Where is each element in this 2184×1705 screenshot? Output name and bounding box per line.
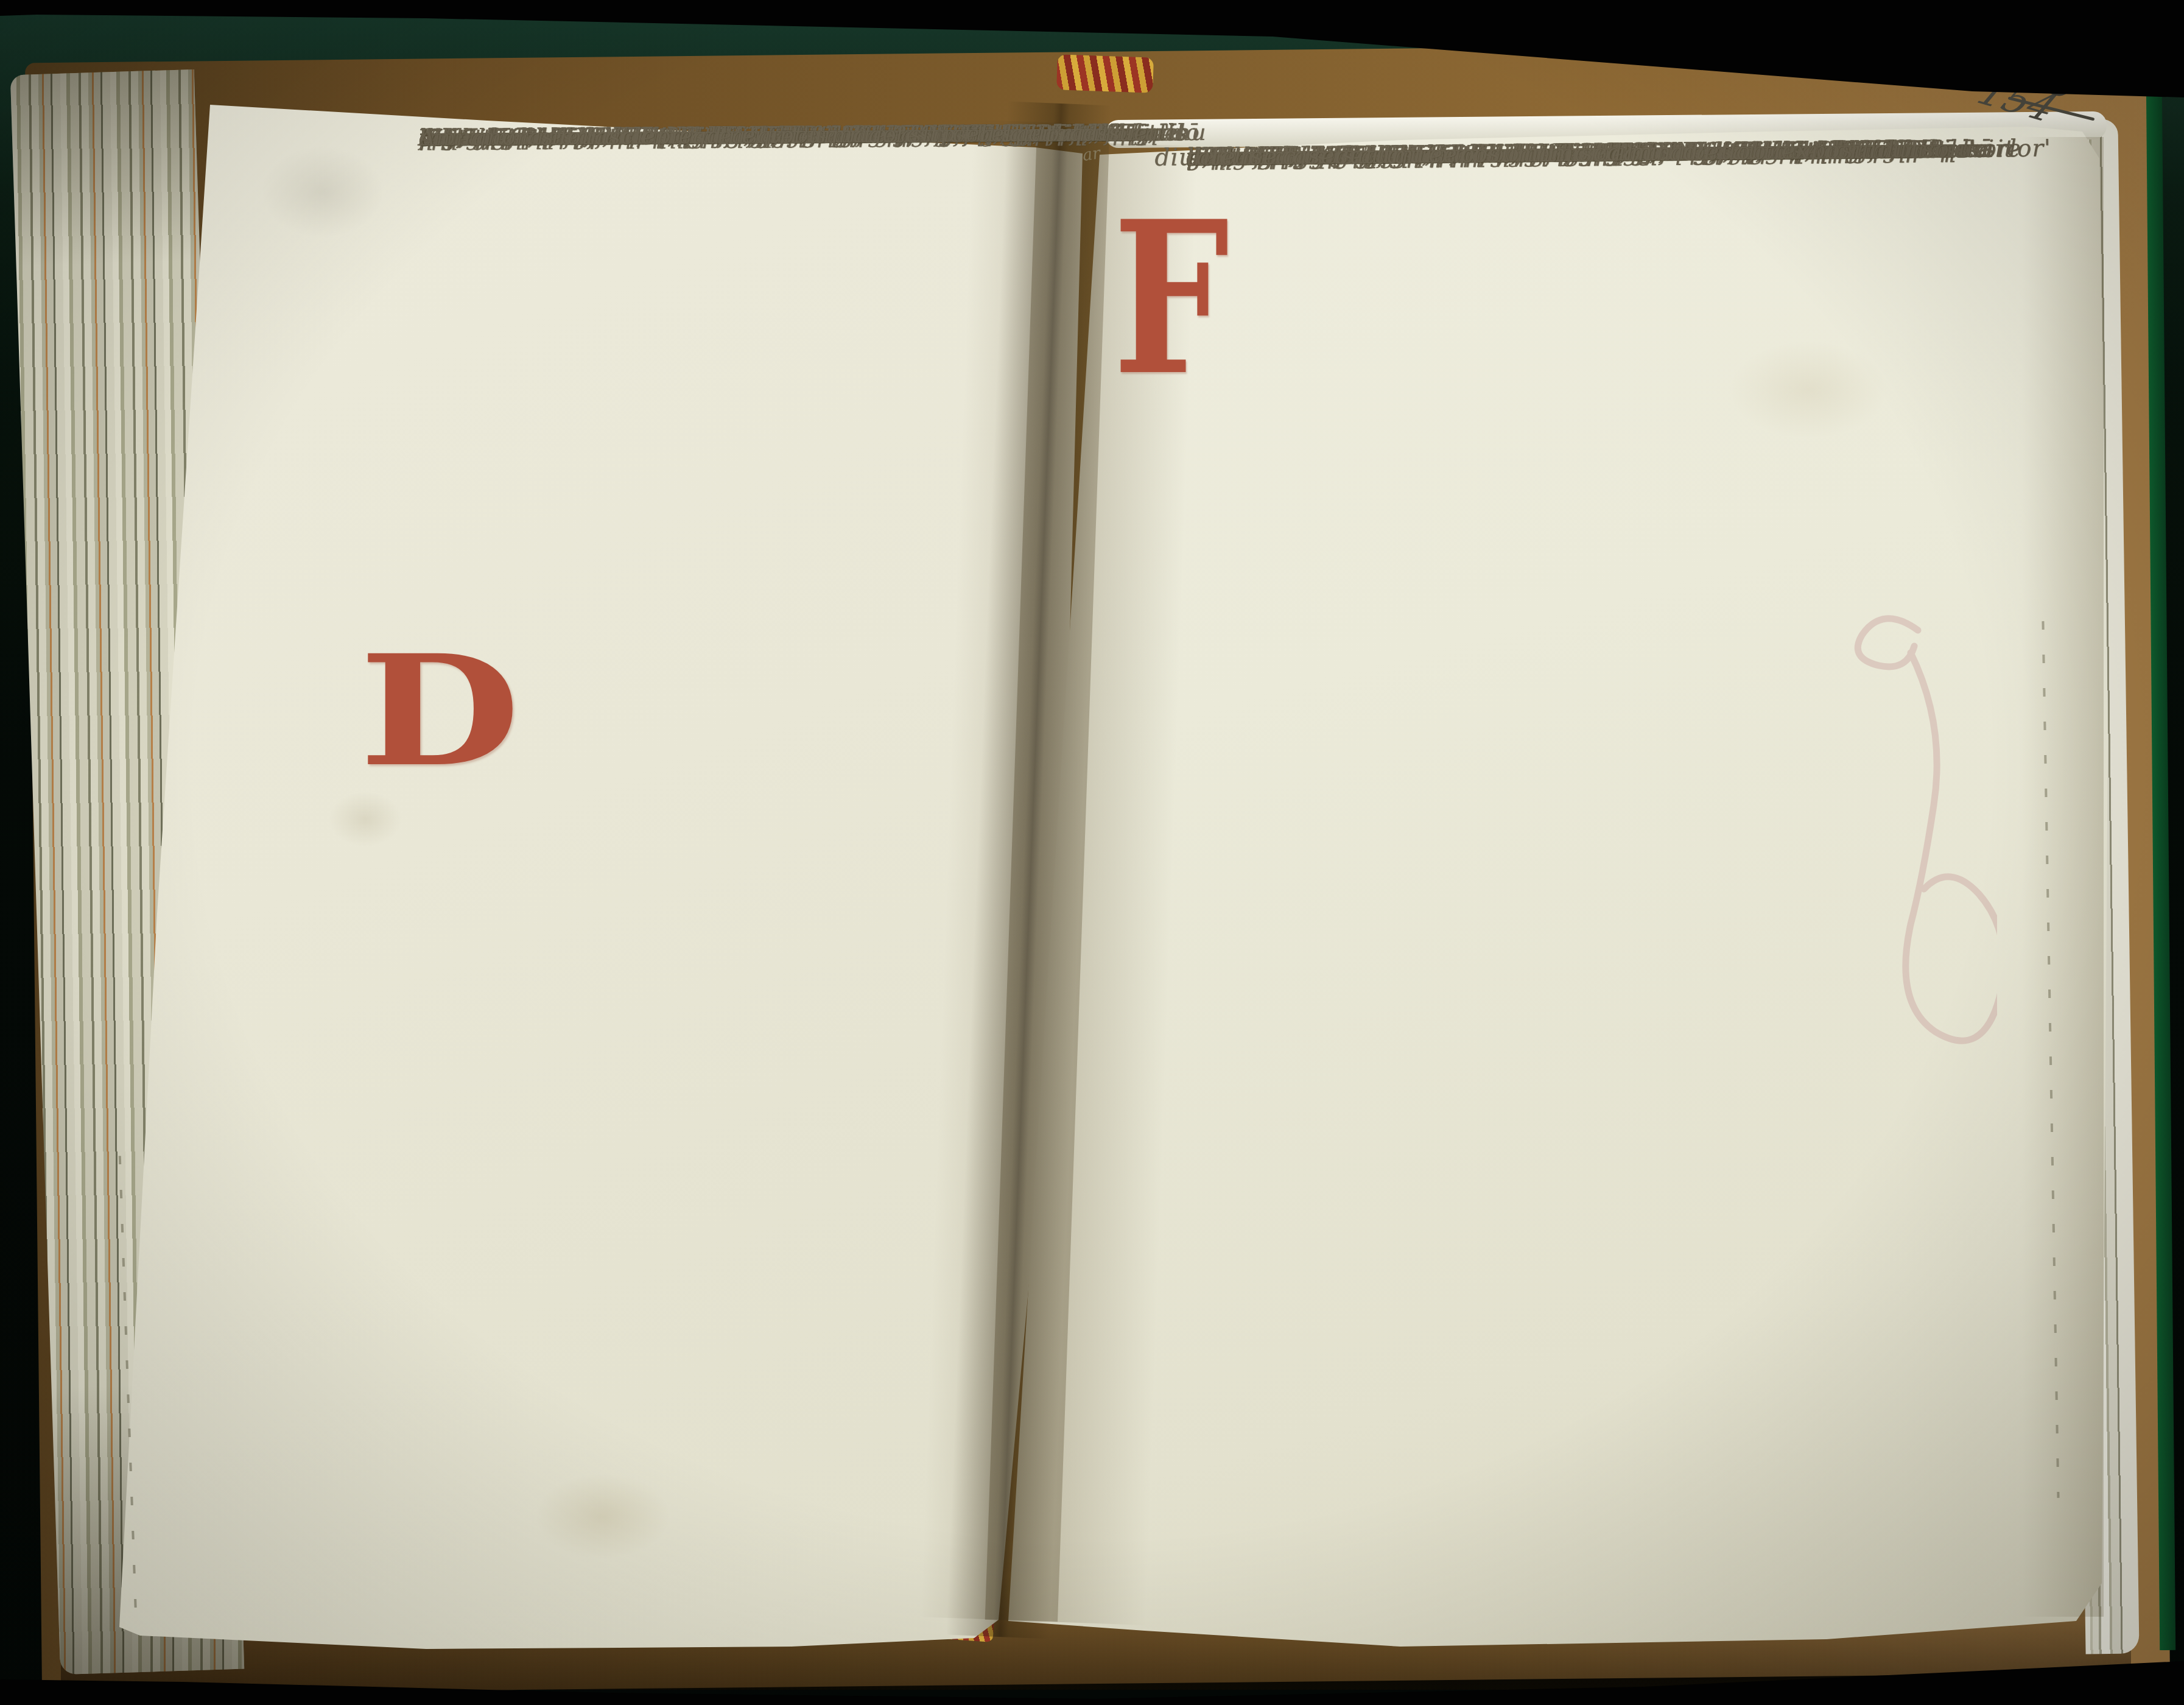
manuscript-photo: m dissima parte natē effectis tnullis in… [0, 0, 2184, 1705]
red-initial-f: F [1113, 194, 1229, 404]
right-page-edge-shade [2021, 137, 2104, 1617]
parchment-stain [1729, 341, 1887, 438]
parchment-stain [536, 1474, 670, 1559]
red-initial-d: D [359, 635, 520, 787]
endband-top [1056, 54, 1154, 93]
marginal-note: ar [1081, 144, 1101, 165]
faded-pink-flourish [1839, 609, 1997, 1096]
parchment-stain [262, 146, 384, 237]
text-line: An ignoras o asclepi qd' egipt' imago si… [419, 116, 1148, 154]
